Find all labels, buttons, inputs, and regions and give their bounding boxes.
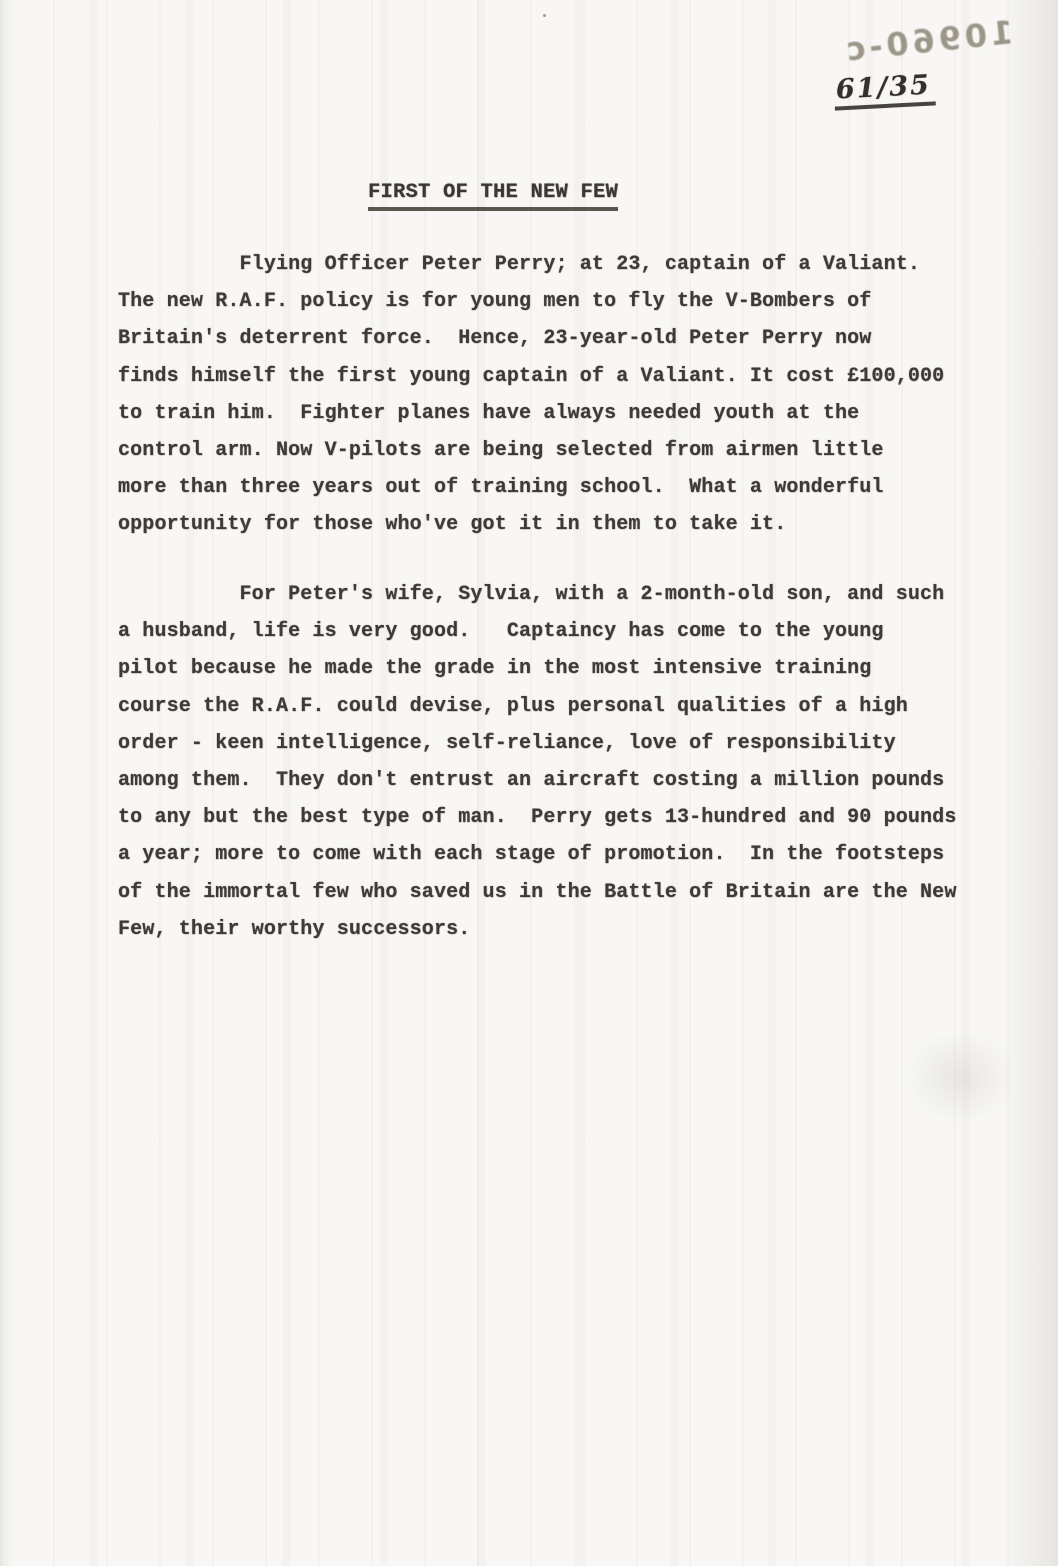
handwritten-mark-bleedthrough: 10960-c — [840, 13, 1015, 69]
paper-smudge — [905, 1030, 1015, 1125]
scanned-document-page: 10960-c 61/35 FIRST OF THE NEW FEW Flyin… — [0, 0, 1058, 1566]
paragraph-2: For Peter's wife, Sylvia, with a 2-month… — [118, 576, 956, 948]
document-title: FIRST OF THE NEW FEW — [368, 181, 618, 211]
paper-speck — [543, 14, 546, 17]
reference-number: 61/35 — [833, 69, 936, 110]
paragraph-1: Flying Officer Peter Perry; at 23, capta… — [118, 246, 944, 544]
